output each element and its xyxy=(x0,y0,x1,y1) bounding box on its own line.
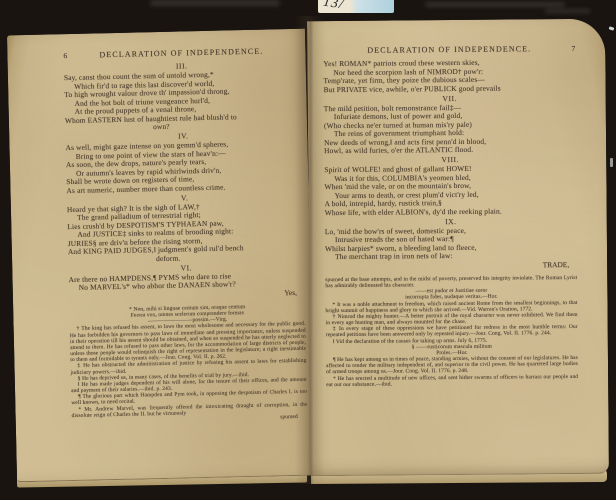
poem-line: But PRIVATE vice, awhile, o'er PUBLICK g… xyxy=(324,83,576,94)
left-footnotes: * Non, mihi si linguae centum sint, oraq… xyxy=(69,303,307,419)
backdrop-smudge xyxy=(545,9,590,13)
stanza: Yes! ROMAN* patriots croud these western… xyxy=(323,58,575,94)
footnote: * He has erected a multitude of new offi… xyxy=(326,373,578,388)
left-page-number: 6 xyxy=(63,51,85,60)
stanza: IX.Lo, 'mid the bow'rs of sweet, domesti… xyxy=(325,216,577,261)
stanza: IV.As well, might gaze intense on yon ge… xyxy=(65,130,302,195)
catalog-slip: 13/ xyxy=(318,0,394,13)
stanza: III.Say, canst thou count the sum of unt… xyxy=(64,60,301,134)
page-edge-highlight xyxy=(609,26,615,30)
backdrop-smudge xyxy=(150,0,280,6)
poem-line: Howl, as wild furies, o'er the ATLANTIC … xyxy=(324,145,576,156)
handwritten-number: 13/ xyxy=(322,0,345,13)
right-poem: Yes! ROMAN* patriots croud these western… xyxy=(323,58,577,262)
stanza: VII.The mild petition, bolt remonstrance… xyxy=(324,93,577,155)
stanza: V.Heard ye that sigh? It is the sigh of … xyxy=(67,191,304,265)
right-catchword: TRADE, xyxy=(325,261,569,272)
backdrop-smudge xyxy=(425,2,565,7)
right-page-text: DECLARATION OF INDEPENDENCE. 7 Yes! ROMA… xyxy=(323,44,578,388)
stanza: VI.Are there no HAMPDENS,¶ PYMS who dare… xyxy=(68,261,305,292)
page-edge-highlight xyxy=(610,158,613,167)
left-page: 6 DECLARATION OF INDEPENDENCE. III.Say, … xyxy=(7,29,315,483)
left-poem: III.Say, canst thou count the sum of unt… xyxy=(64,60,305,293)
footnote: ¶ He has kept among us in times of peace… xyxy=(326,355,578,376)
footnote: † The king has refused his assent, to la… xyxy=(70,321,307,363)
right-running-head: DECLARATION OF INDEPENDENCE. 7 xyxy=(323,44,575,55)
book-photograph: 13/ 6 DECLARATION OF INDEPENDENCE. III.S… xyxy=(0,0,616,500)
poem-line: Whose life, with elder ALBION's, dy'd th… xyxy=(325,206,577,217)
right-page: DECLARATION OF INDEPENDENCE. 7 Yes! ROMA… xyxy=(307,19,609,477)
right-page-number: 7 xyxy=(553,44,575,53)
right-header-title: DECLARATION OF INDEPENDENCE. xyxy=(345,44,553,55)
footnote: ‡ In every stage of these oppressions we… xyxy=(326,324,578,339)
left-header-title: DECLARATION OF INDEPENDENCE. xyxy=(85,46,277,59)
stanza: VIII.Spirit of WOLFE! and ghost of galla… xyxy=(324,155,577,217)
right-footnotes: spurned at the base attempts, and in the… xyxy=(325,275,578,388)
left-page-text: 6 DECLARATION OF INDEPENDENCE. III.Say, … xyxy=(63,46,307,425)
left-running-head: 6 DECLARATION OF INDEPENDENCE. xyxy=(63,46,299,60)
